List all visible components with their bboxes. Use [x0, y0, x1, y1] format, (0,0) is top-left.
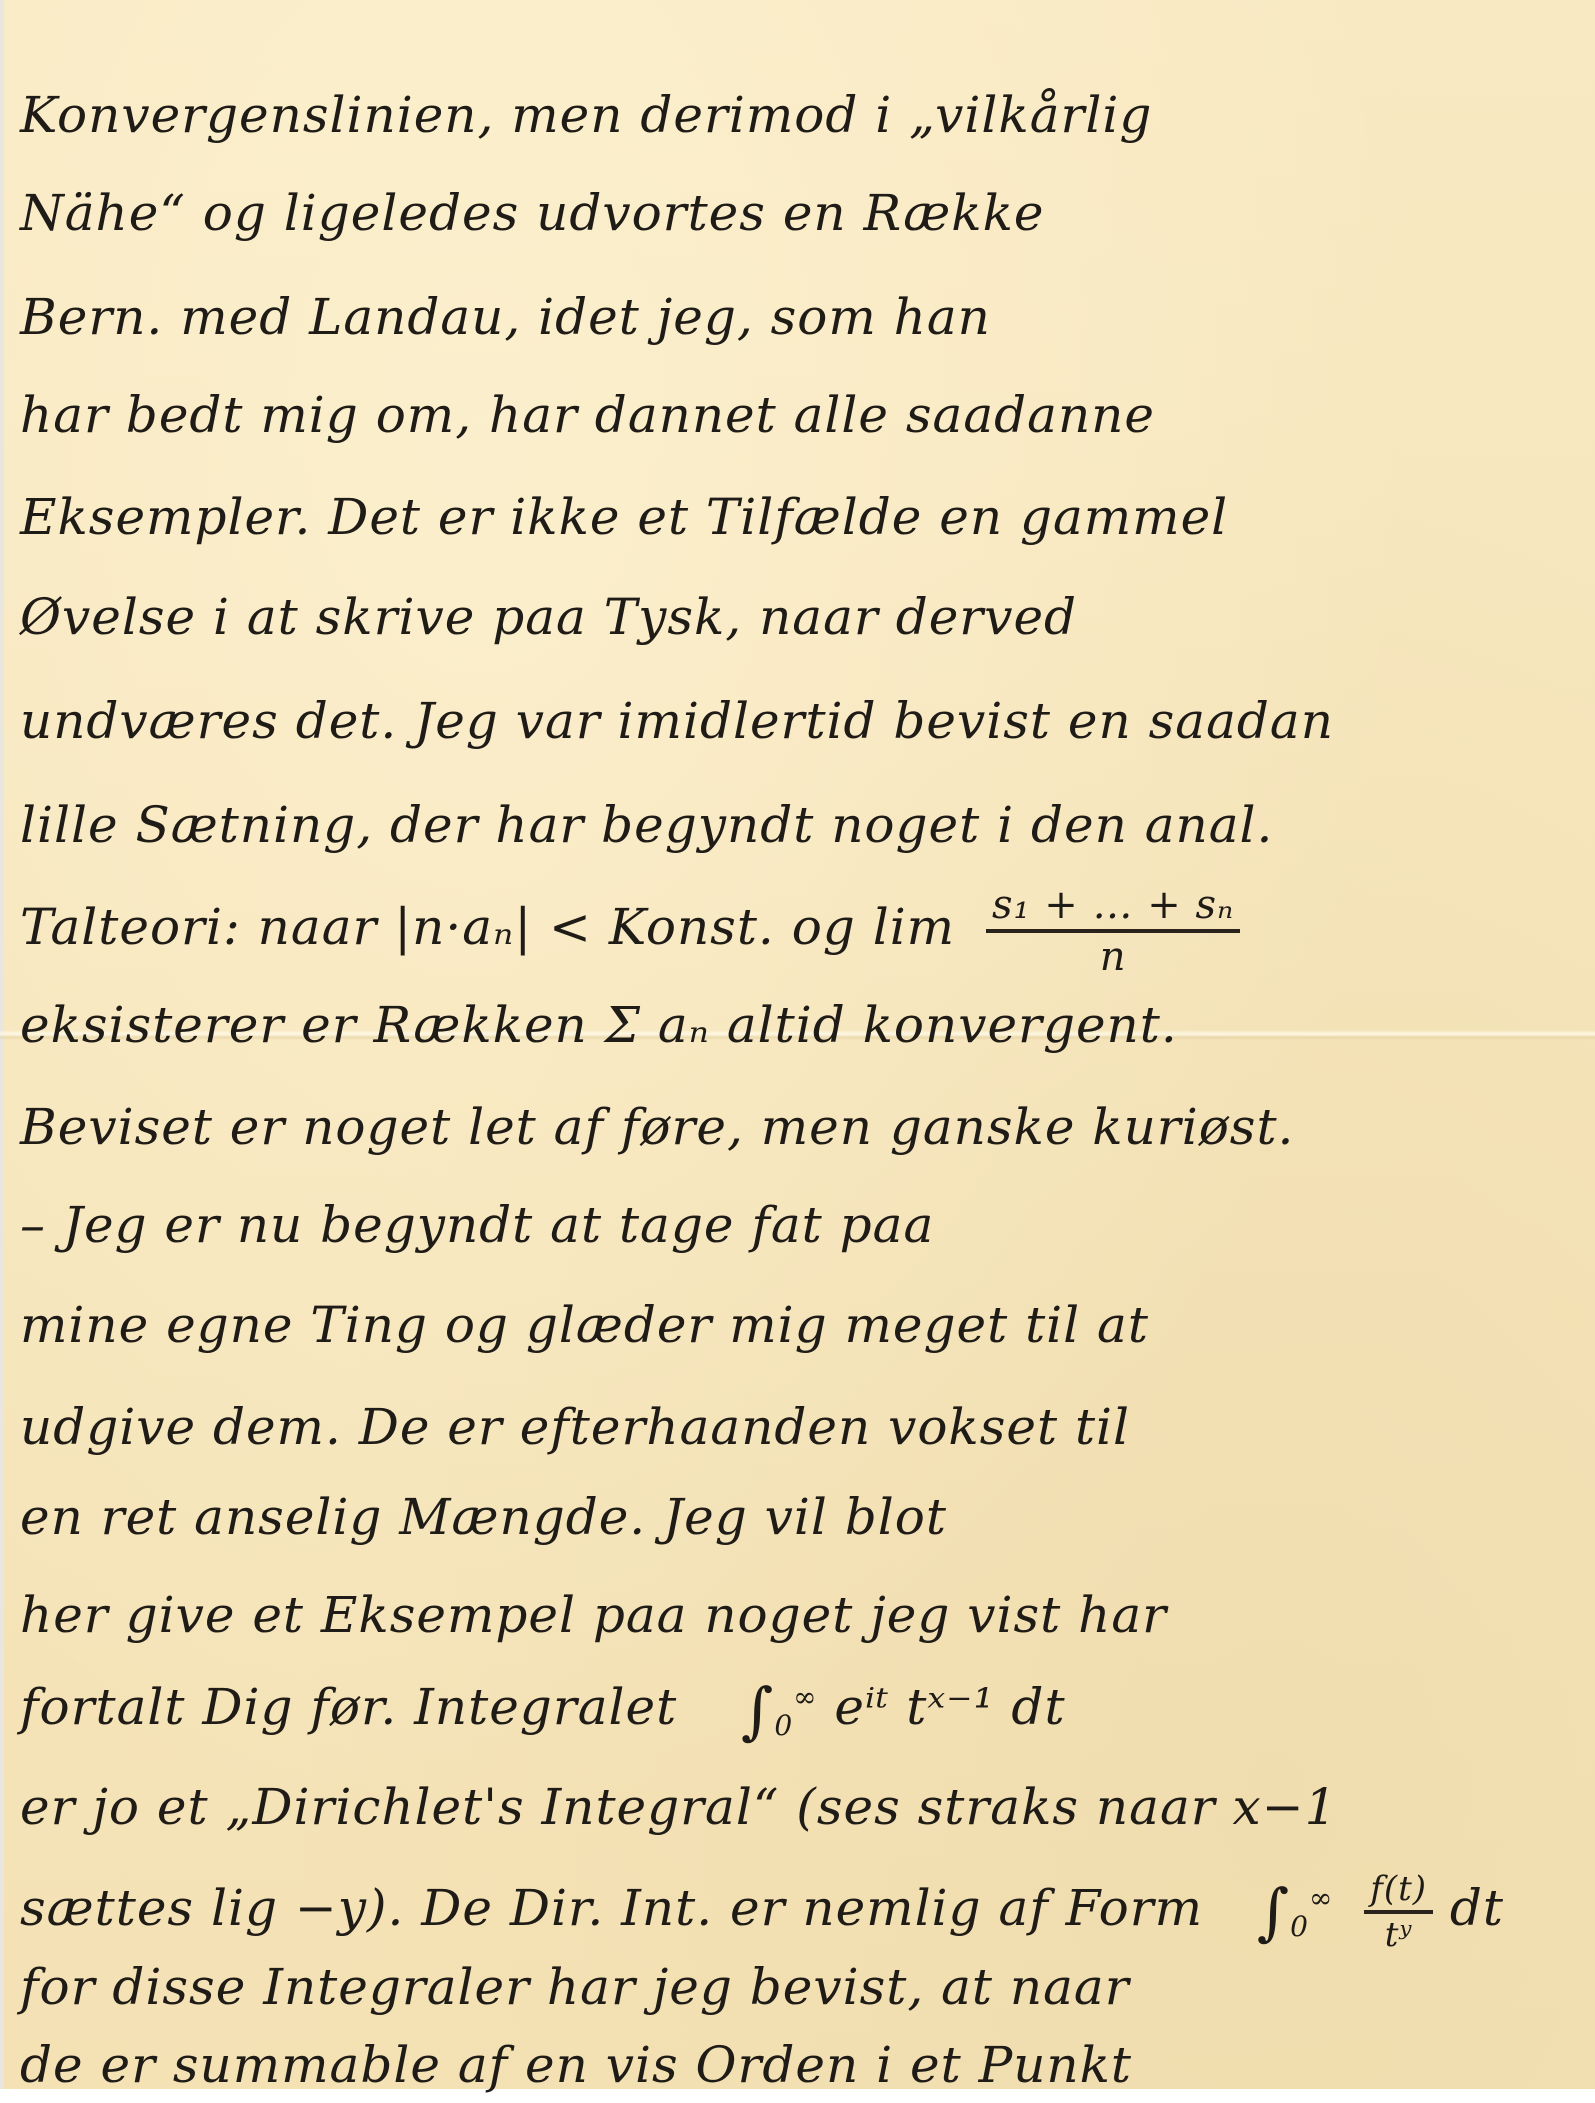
integrand: eⁱᵗ tˣ⁻¹ dt: [834, 1678, 1065, 1736]
letter-line-19-text: sættes lig −y). De Dir. Int. er nemlig a…: [20, 1879, 1203, 1937]
integral-upper-limit: ∞: [793, 1680, 817, 1713]
letter-line-15: en ret anselig Mængde. Jeg vil blot: [20, 1492, 947, 1542]
letter-line-7: undværes det. Jeg var imidlertid bevist …: [20, 696, 1334, 746]
letter-line-4: har bedt mig om, har dannet alle saadann…: [20, 390, 1155, 440]
fraction-numerator: f(t): [1364, 1872, 1433, 1914]
handwritten-letter-page: Konvergenslinien, men derimod i „vilkårl…: [0, 0, 1595, 2103]
differential: dt: [1450, 1879, 1504, 1937]
cesaro-limit-fraction: s₁ + … + sₙ n: [986, 885, 1240, 977]
fraction-numerator: s₁ + … + sₙ: [986, 885, 1240, 933]
integral-upper-limit: ∞: [1309, 1881, 1333, 1914]
letter-line-16: her give et Eksempel paa noget jeg vist …: [20, 1590, 1167, 1640]
letter-line-19: sættes lig −y). De Dir. Int. er nemlig a…: [20, 1872, 1504, 1952]
letter-line-17: fortalt Dig før. Integralet ∫0∞ eⁱᵗ tˣ⁻¹…: [20, 1680, 1066, 1742]
integral-lower-limit: 0: [774, 1709, 793, 1742]
integral-sign: ∫: [741, 1674, 774, 1747]
letter-line-17-text: fortalt Dig før. Integralet: [20, 1678, 677, 1736]
letter-line-14: udgive dem. De er efterhaanden vokset ti…: [20, 1402, 1130, 1452]
letter-line-12: – Jeg er nu begyndt at tage fat paa: [20, 1200, 934, 1250]
letter-line-9: Talteori: naar |n·aₙ| < Konst. og lim s₁…: [20, 885, 1240, 977]
letter-line-11: Beviset er noget let af føre, men ganske…: [20, 1102, 1294, 1152]
letter-line-18: er jo et „Dirichlet's Integral“ (ses str…: [20, 1782, 1337, 1832]
dirichlet-fraction: f(t) tʸ: [1364, 1872, 1433, 1952]
letter-line-9-text: Talteori: naar |n·aₙ| < Konst. og lim: [20, 898, 955, 956]
integral-sign: ∫: [1257, 1875, 1290, 1948]
letter-line-2: Nähe“ og ligeledes udvortes en Række: [20, 188, 1044, 238]
letter-line-6: Øvelse i at skrive paa Tysk, naar derved: [20, 592, 1077, 642]
letter-line-13: mine egne Ting og glæder mig meget til a…: [20, 1300, 1149, 1350]
letter-line-20: for disse Integraler har jeg bevist, at …: [20, 1962, 1130, 2012]
letter-line-8: lille Sætning, der har begyndt noget i d…: [20, 800, 1273, 850]
letter-line-21: de er summable af en vis Orden i et Punk…: [20, 2040, 1132, 2090]
letter-line-10: eksisterer er Rækken Σ aₙ altid konverge…: [20, 1000, 1178, 1050]
integral-lower-limit: 0: [1290, 1910, 1309, 1943]
letter-line-3: Bern. med Landau, idet jeg, som han: [20, 292, 991, 342]
fraction-denominator: tʸ: [1364, 1914, 1433, 1952]
letter-line-5: Eksempler. Det er ikke et Tilfælde en ga…: [20, 492, 1228, 542]
letter-line-1: Konvergenslinien, men derimod i „vilkårl…: [20, 90, 1152, 140]
fraction-denominator: n: [986, 933, 1240, 977]
